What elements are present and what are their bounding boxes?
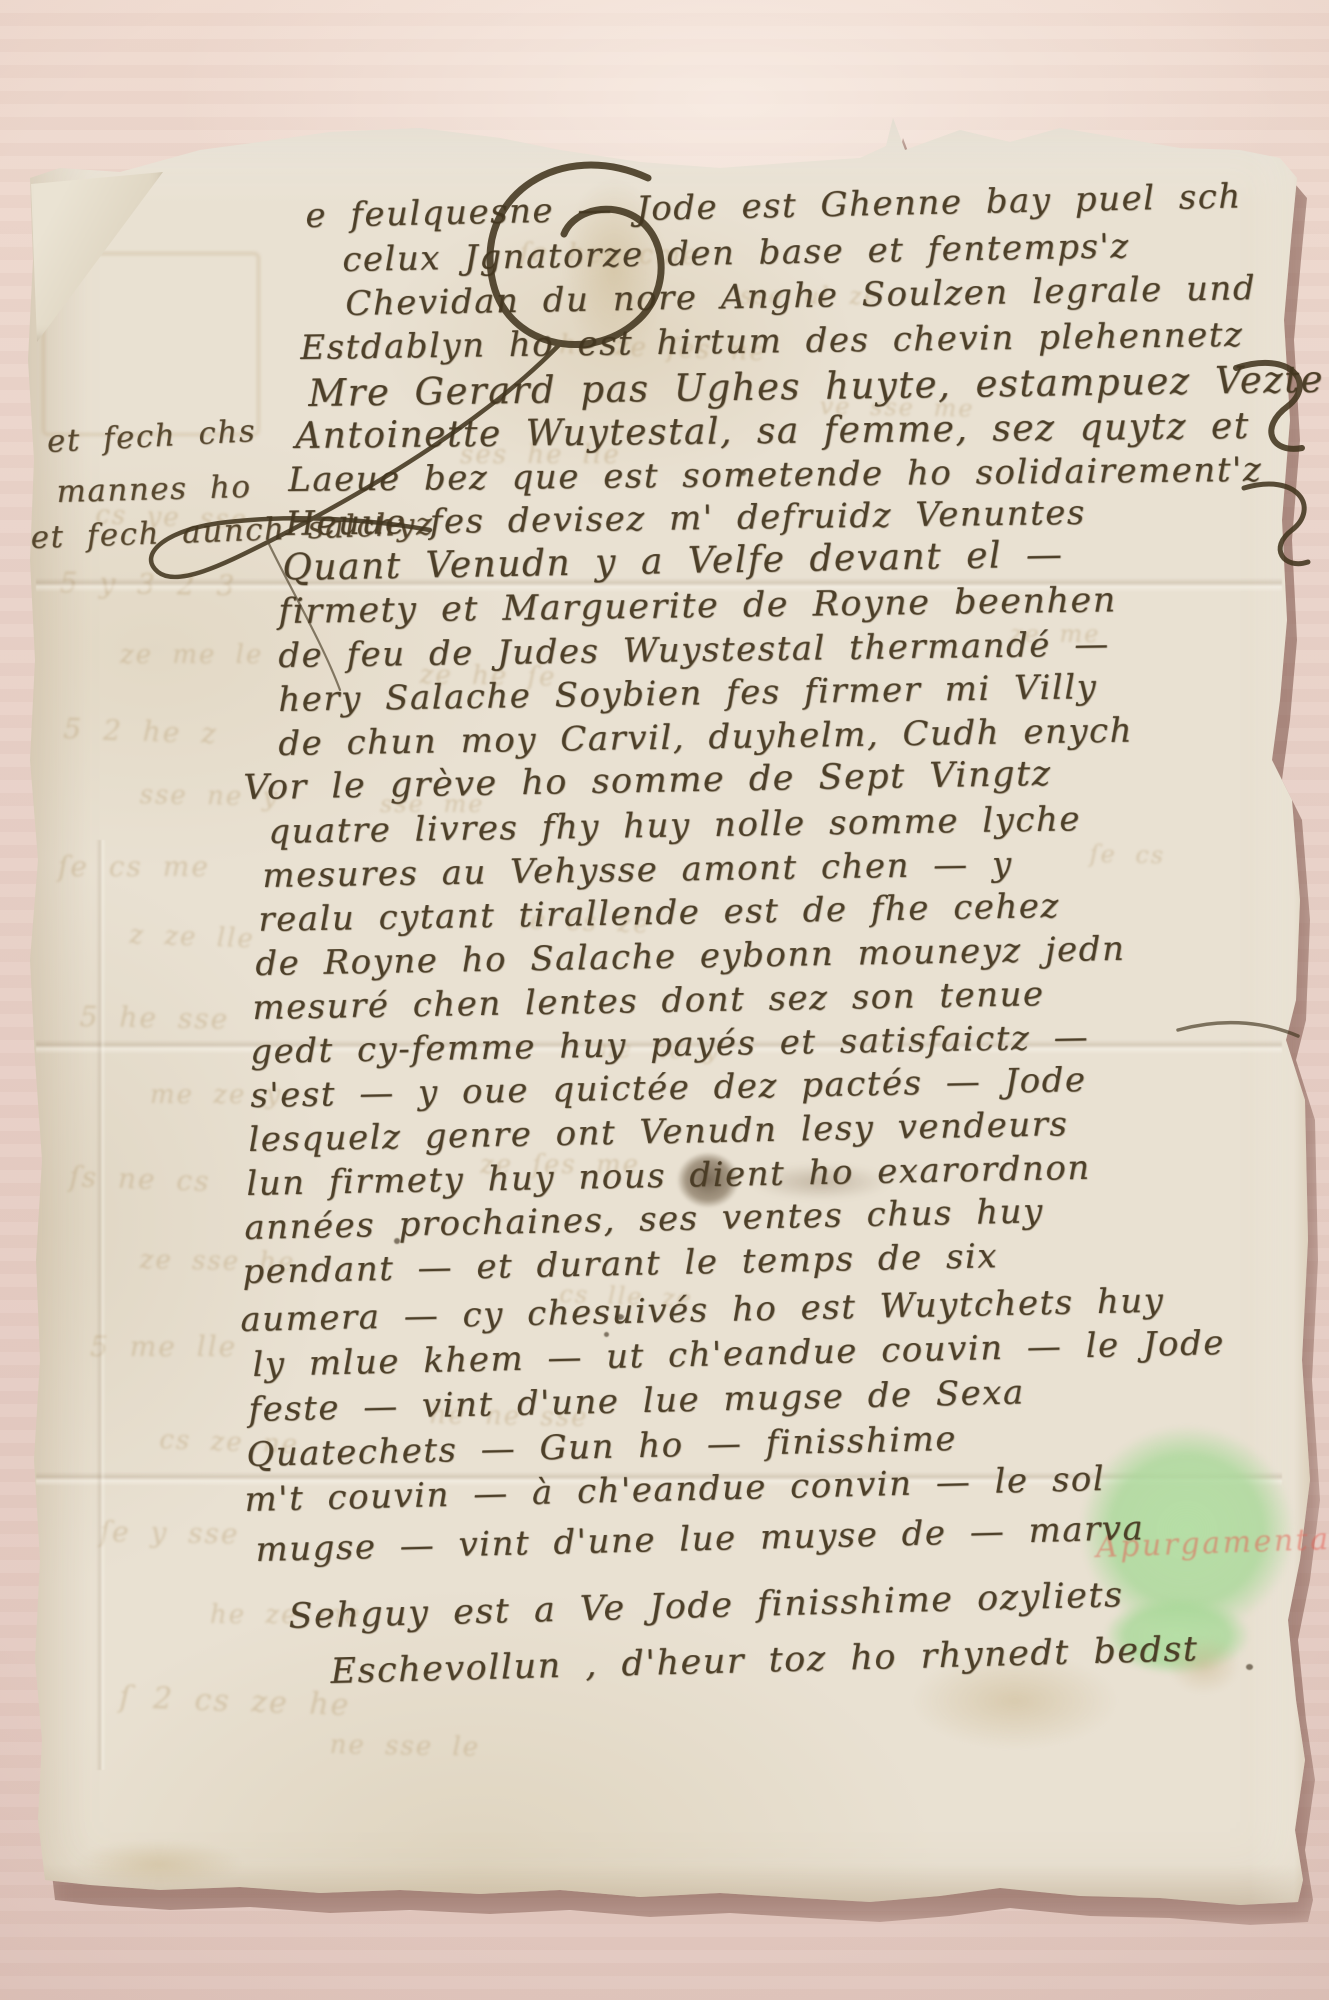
bleed-through-line: 5 me lle (90, 1330, 237, 1363)
bleed-through-line: ſe cs (1090, 840, 1166, 869)
bleed-through-line: z ze lle (129, 920, 255, 954)
bleed-through-line: ſe cs me (58, 850, 210, 883)
bleed-through-line: ſe y sse (99, 1515, 239, 1550)
margin-note: mannes ho (56, 469, 252, 510)
bleed-through-line: ne sse le (329, 1730, 480, 1763)
bleed-through-line: ze me le (120, 640, 263, 670)
bleed-through-line: 5 2 he z (63, 712, 219, 750)
bleed-through-line: ſs ne cs (69, 1160, 211, 1198)
vertical-fold-crease (96, 840, 106, 1770)
photograph-of-manuscript: ſe hes cmesse ul zehe ze ſes neve sse me… (0, 0, 1329, 2000)
